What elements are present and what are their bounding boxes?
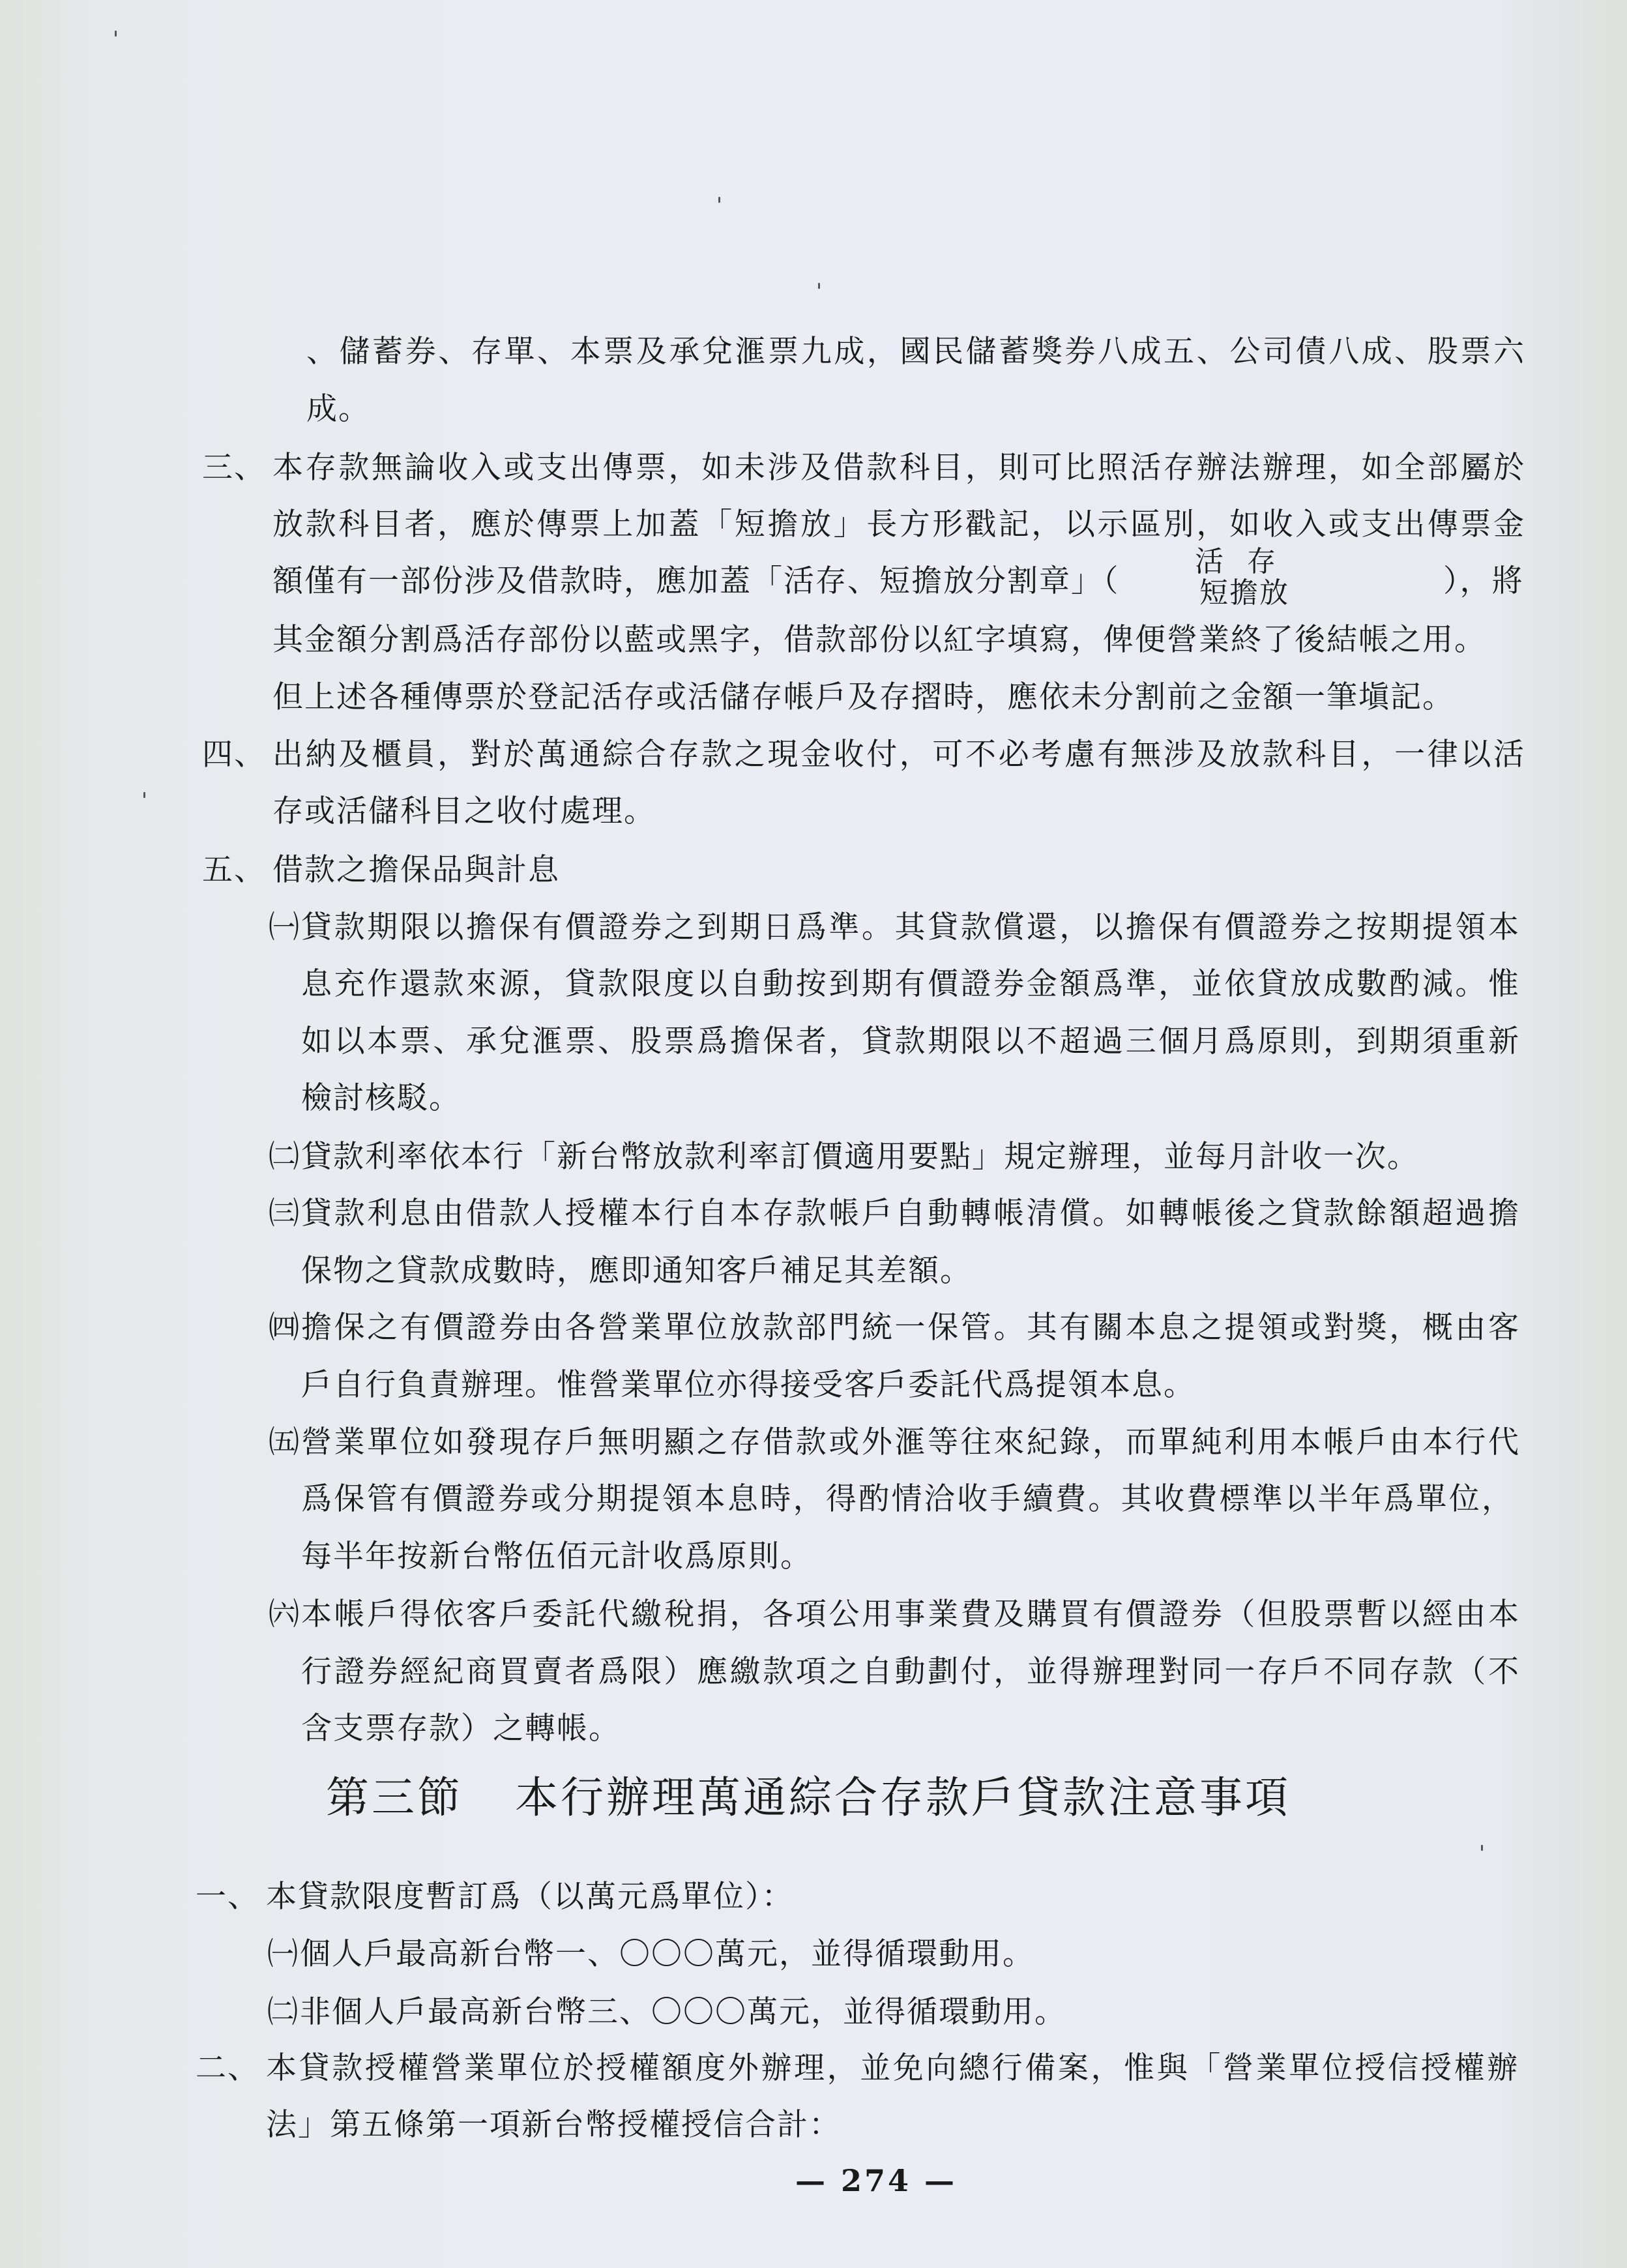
scan-speck — [115, 31, 117, 37]
item-marker: 一、 — [196, 1878, 259, 1917]
item-marker: 三、 — [202, 449, 266, 488]
text-line: 營業單位如發現存戶無明顯之存借款或外滙等往來紀錄，而單純利用本帳戶由本行代 — [301, 1423, 1520, 1462]
text-line: 個人戶最高新台幣一、〇〇〇萬元，並得循環動用。 — [300, 1935, 1034, 1974]
stamp-bottom-text: 短擔放 — [1199, 576, 1289, 610]
subitem-marker: ㈣ — [269, 1308, 300, 1348]
text-line: 保物之貸款成數時，應即通知客戶補足其差額。 — [301, 1252, 972, 1291]
text-line: ），將 — [1443, 562, 1524, 601]
text-line: 本帳戶得依客戶委託代繳稅捐，各項公用事業費及購買有價證券（但股票暫以經由本 — [301, 1595, 1520, 1634]
text-line: 本貸款授權營業單位於授權額度外辦理，並免向總行備案，惟與「營業單位授信授權辦 — [266, 2049, 1519, 2088]
scan-speck — [1481, 1845, 1483, 1851]
page-number: — 274 — — [795, 2163, 957, 2198]
section-heading: 第三節本行辦理萬通綜合存款戶貸款注意事項 — [326, 1772, 1291, 1824]
text-line: 額僅有一部份涉及借款時，應加蓋「活存、短擔放分割章」（ — [272, 562, 1120, 601]
scan-speck — [818, 283, 820, 289]
stamp-top-text: 活存 — [1195, 546, 1299, 578]
text-line: 但上述各種傳票於登記活存或活儲存帳戶及存摺時，應依未分割前之金額一筆塡記。 — [272, 678, 1454, 717]
subitem-marker: ㈥ — [269, 1595, 300, 1634]
item-title: 借款之擔保品與計息 — [272, 851, 560, 890]
section-title: 本行辦理萬通綜合存款戶貸款注意事項 — [515, 1773, 1291, 1823]
text-line: 放款科目者，應於傳票上加蓋「短擔放」長方形戳記，以示區別，如收入或支出傳票金 — [272, 505, 1525, 544]
text-line: 法」第五條第一項新台幣授權授信合計： — [266, 2106, 841, 2145]
text-line: 息充作還款來源，貸款限度以自動按到期有價證券金額爲準，並依貸放成數酌減。惟 — [301, 965, 1520, 1004]
text-line: 行證券經紀商買賣者爲限）應繳款項之自動劃付，並得辦理對同一存戶不同存款（不 — [301, 1653, 1520, 1692]
text-line: 貸款利率依本行「新台幣放款利率訂價適用要點」規定辦理，並每月計收一次。 — [301, 1138, 1419, 1177]
text-line: 非個人戶最高新台幣三、〇〇〇萬元，並得循環動用。 — [300, 1993, 1066, 2032]
text-line: 戶自行負責辦理。惟營業單位亦得接受客戶委託代爲提領本息。 — [301, 1366, 1195, 1405]
subitem-marker: ㈢ — [269, 1194, 300, 1233]
text-line: 出納及櫃員，對於萬通綜合存款之現金收付，可不必考慮有無涉及放款科目，一律以活 — [272, 735, 1525, 774]
subitem-marker: ㈠ — [269, 908, 300, 947]
text-line: 如以本票、承兌滙票、股票爲擔保者，貸款期限以不超過三個月爲原則，到期須重新 — [301, 1022, 1520, 1061]
subitem-marker: ㈤ — [269, 1423, 300, 1462]
text-line: 成。 — [306, 390, 370, 429]
text-line: 擔保之有價證券由各營業單位放款部門統一保管。其有關本息之提領或對獎，概由客 — [301, 1308, 1520, 1348]
scan-speck — [718, 197, 720, 203]
text-line: 、儲蓄券、存單、本票及承兌滙票九成，國民儲蓄獎券八成五、公司債八成、股票六 — [306, 332, 1525, 372]
text-line: 含支票存款）之轉帳。 — [301, 1709, 621, 1748]
text-line: 爲保管有價證券或分期提領本息時，得酌情洽收手續費。其收費標準以半年爲單位， — [301, 1480, 1514, 1519]
text-line: 貸款利息由借款人授權本行自本存款帳戶自動轉帳清償。如轉帳後之貸款餘額超過擔 — [301, 1194, 1520, 1233]
item-marker: 五、 — [202, 851, 266, 890]
split-stamp-illustration: 活存 短擔放 — [1190, 546, 1299, 609]
section-label: 第三節 — [326, 1773, 463, 1823]
text-line: 其金額分割爲活存部份以藍或黑字，借款部份以紅字填寫，俾便營業終了後結帳之用。 — [272, 621, 1486, 660]
text-line: 每半年按新台幣伍佰元計收爲原則。 — [301, 1537, 812, 1576]
item-marker: 四、 — [202, 735, 266, 774]
text-line: 本貸款限度暫訂爲（以萬元爲單位）： — [266, 1878, 794, 1917]
text-line: 本存款無論收入或支出傳票，如未涉及借款科目，則可比照活存辦法辦理，如全部屬於 — [272, 449, 1525, 488]
text-line: 存或活儲科目之收付處理。 — [272, 792, 656, 831]
item-marker: 二、 — [196, 2049, 259, 2088]
subitem-marker: ㈡ — [269, 1138, 300, 1177]
subitem-marker: ㈡ — [267, 1993, 299, 2032]
scan-speck — [143, 792, 145, 798]
subitem-marker: ㈠ — [267, 1935, 299, 1974]
text-line: 貸款期限以擔保有價證券之到期日爲準。其貸款償還，以擔保有價證券之按期提領本 — [301, 908, 1520, 947]
text-line: 檢討核駁。 — [301, 1079, 461, 1118]
